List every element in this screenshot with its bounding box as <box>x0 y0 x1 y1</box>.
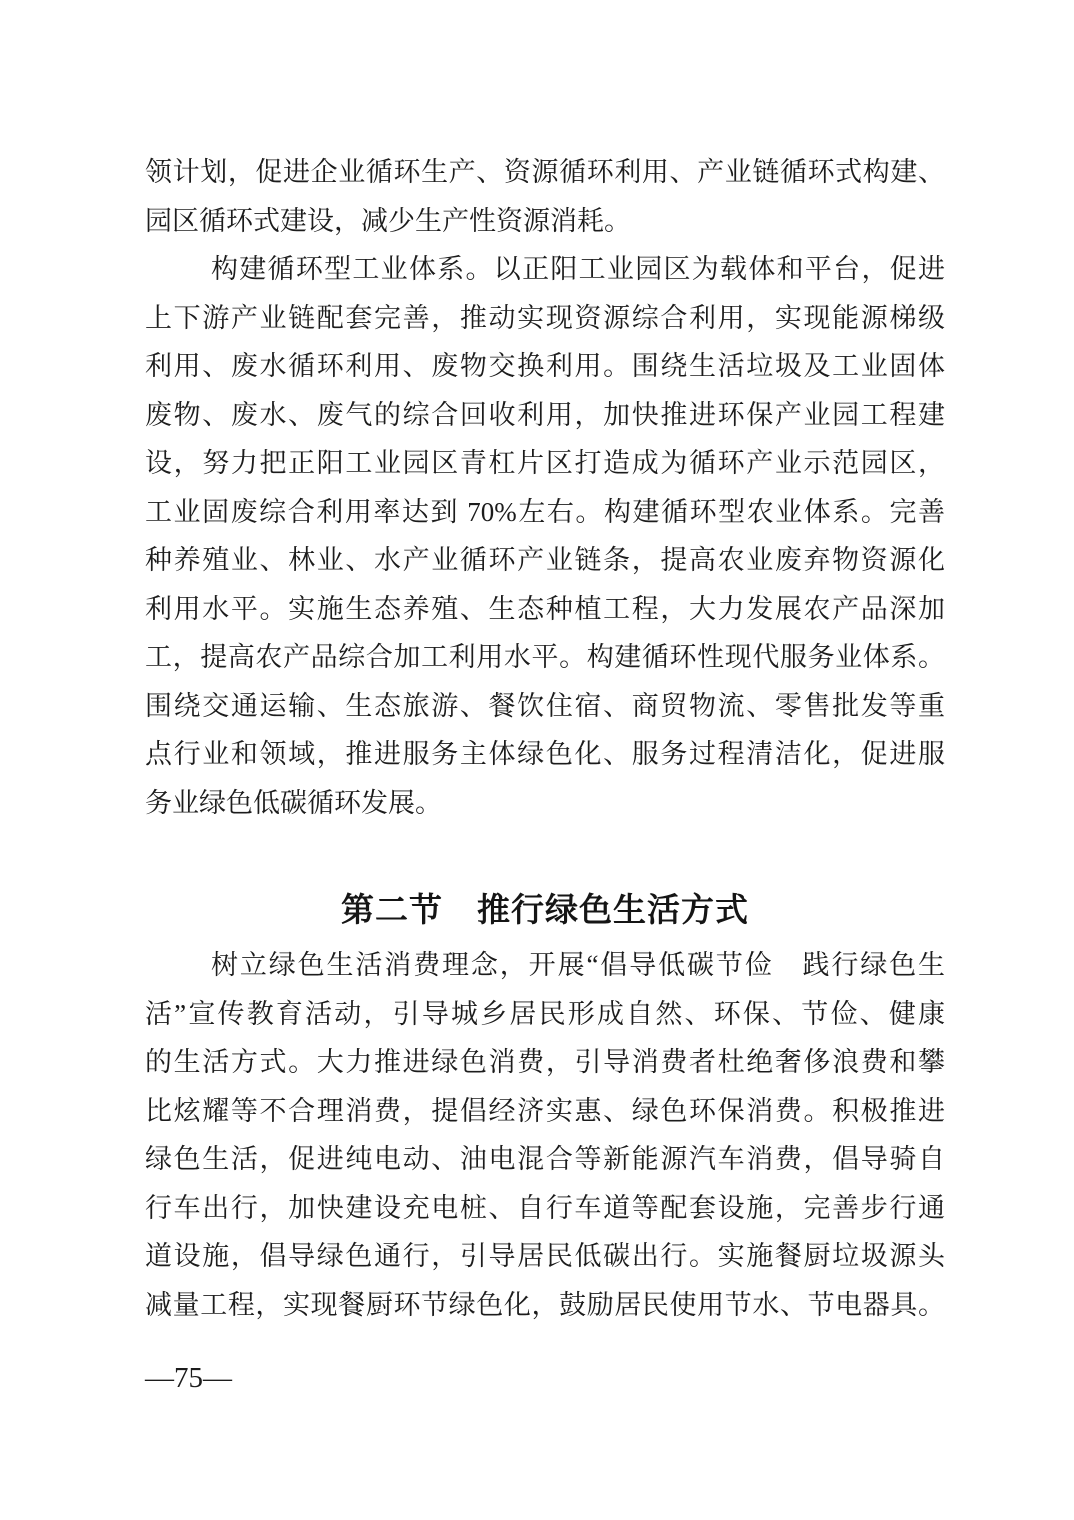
text-line: 工，提高农产品综合加工利用水平。构建循环性现代服务业体系。 <box>145 633 945 682</box>
text-line: 工业固废综合利用率达到 70%左右。构建循环型农业体系。完善 <box>145 488 945 537</box>
text-line: 种养殖业、林业、水产业循环产业链条，提高农业废弃物资源化 <box>145 536 945 585</box>
text-line: 道设施，倡导绿色通行，引导居民低碳出行。实施餐厨垃圾源头 <box>145 1232 945 1281</box>
section-heading: 第二节 推行绿色生活方式 <box>145 886 945 936</box>
page-content: 领计划，促进企业循环生产、资源循环利用、产业链循环式构建、 园区循环式建设，减少… <box>145 148 945 1329</box>
paragraph-continuation: 领计划，促进企业循环生产、资源循环利用、产业链循环式构建、 园区循环式建设，减少… <box>145 148 945 245</box>
paragraph-green-lifestyle: 树立绿色生活消费理念，开展“倡导低碳节俭 践行绿色生 活”宣传教育活动，引导城乡… <box>145 941 945 1329</box>
text-line: 利用、废水循环利用、废物交换利用。围绕生活垃圾及工业固体 <box>145 342 945 391</box>
text-line: 设，努力把正阳工业园区青杠片区打造成为循环产业示范园区， <box>145 439 945 488</box>
text-line: 减量工程，实现餐厨环节绿色化，鼓励居民使用节水、节电器具。 <box>145 1281 945 1330</box>
text-line: 上下游产业链配套完善，推动实现资源综合利用，实现能源梯级 <box>145 294 945 343</box>
page-number: —75— <box>145 1358 232 1398</box>
text-line: 活”宣传教育活动，引导城乡居民形成自然、环保、节俭、健康 <box>145 990 945 1039</box>
text-line: 领计划，促进企业循环生产、资源循环利用、产业链循环式构建、 <box>145 148 945 197</box>
text-line: 围绕交通运输、生态旅游、餐饮住宿、商贸物流、零售批发等重 <box>145 682 945 731</box>
text-line: 点行业和领域，推进服务主体绿色化、服务过程清洁化，促进服 <box>145 730 945 779</box>
text-line: 务业绿色低碳循环发展。 <box>145 779 945 828</box>
text-line: 废物、废水、废气的综合回收利用，加快推进环保产业园工程建 <box>145 391 945 440</box>
text-line: 行车出行，加快建设充电桩、自行车道等配套设施，完善步行通 <box>145 1184 945 1233</box>
text-line: 构建循环型工业体系。以正阳工业园区为载体和平台，促进 <box>145 245 945 294</box>
text-line: 园区循环式建设，减少生产性资源消耗。 <box>145 197 945 246</box>
text-line: 绿色生活，促进纯电动、油电混合等新能源汽车消费，倡导骑自 <box>145 1135 945 1184</box>
text-line: 比炫耀等不合理消费，提倡经济实惠、绿色环保消费。积极推进 <box>145 1087 945 1136</box>
text-line: 的生活方式。大力推进绿色消费，引导消费者杜绝奢侈浪费和攀 <box>145 1038 945 1087</box>
text-line: 利用水平。实施生态养殖、生态种植工程，大力发展农产品深加 <box>145 585 945 634</box>
paragraph-circular-economy: 构建循环型工业体系。以正阳工业园区为载体和平台，促进 上下游产业链配套完善，推动… <box>145 245 945 827</box>
text-line: 树立绿色生活消费理念，开展“倡导低碳节俭 践行绿色生 <box>145 941 945 990</box>
document-page: 领计划，促进企业循环生产、资源循环利用、产业链循环式构建、 园区循环式建设，减少… <box>0 0 1074 1520</box>
